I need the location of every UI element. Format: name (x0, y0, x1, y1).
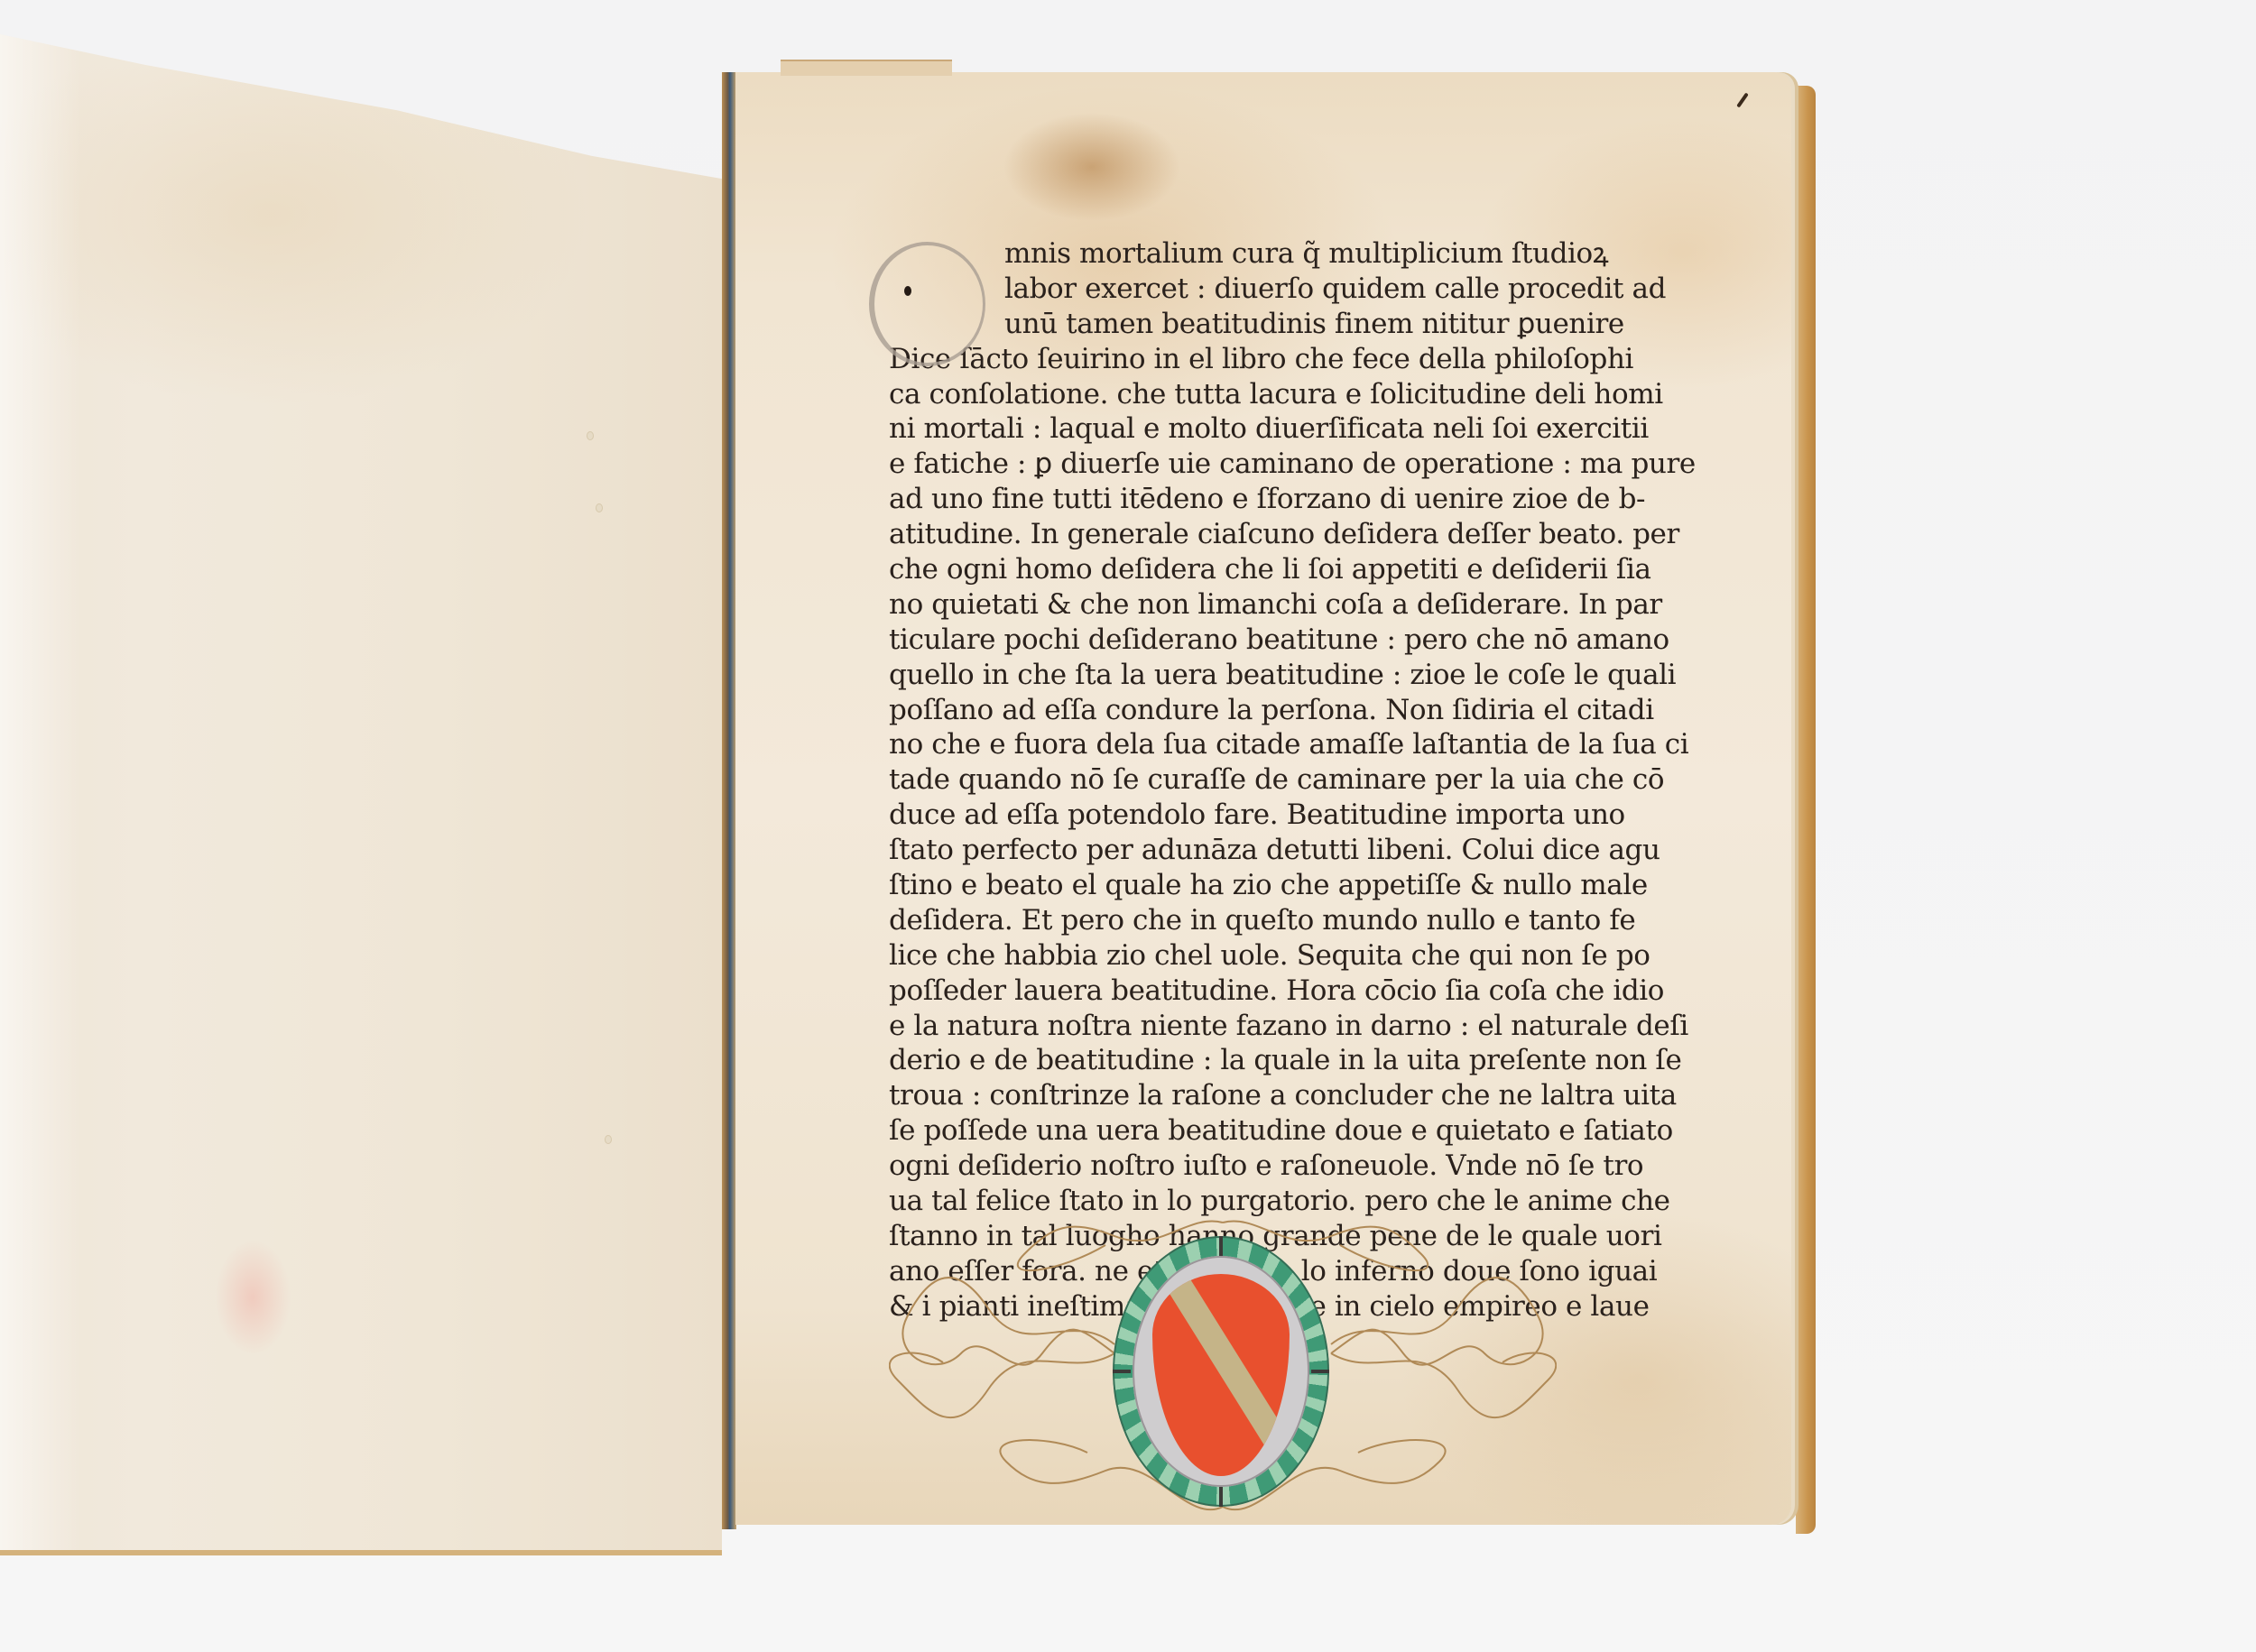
text-line: ad uno fine tutti itēdeno e ſforzano di … (889, 482, 1539, 517)
coat-of-arms-decoration (889, 1218, 1557, 1525)
text-line: che ogni homo deſidera che li ſoi appeti… (889, 552, 1539, 587)
text-line: ni mortali : laqual e molto diuerſificat… (889, 411, 1539, 447)
text-line: quello in che ſta la uera beatitudine : … (889, 658, 1539, 693)
text-line: duce ad eſſa potendolo fare. Beatitudine… (889, 798, 1539, 833)
text-line: labor exercet : diuerſo quidem calle pro… (889, 272, 1539, 307)
text-line: deſidera. Et pero che in queſto mundo nu… (889, 903, 1539, 938)
text-line: poſſeder lauera beatitudine. Hora cōcio … (889, 974, 1539, 1009)
text-line: derio e de beatitudine : la quale in la … (889, 1043, 1539, 1078)
text-line: e fatiche : ꝑ diuerſe uie caminano de op… (889, 447, 1539, 482)
ink-dot (904, 286, 911, 296)
text-line: ogni deſiderio noſtro iuſto e raſoneuole… (889, 1149, 1539, 1184)
text-line: Dice ſācto ſeuirino in el libro che fece… (889, 342, 1539, 377)
left-blank-page (0, 34, 722, 1555)
initial-letter-o-guide (869, 242, 985, 366)
text-line: e la natura noſtra niente fazano in darn… (889, 1009, 1539, 1044)
page-top-tab (781, 60, 952, 76)
text-line: tade quando nō ſe curaſſe de caminare pe… (889, 762, 1539, 798)
heraldic-bend (1166, 1274, 1290, 1471)
text-line: ca conſolatione. che tutta lacura e ſoli… (889, 377, 1539, 412)
text-line: ſtato perfecto per adunāza detutti liben… (889, 833, 1539, 868)
text-line: no che e fuora dela ſua citade amaſſe la… (889, 727, 1539, 762)
page-edge-blur (0, 34, 81, 1550)
text-line: poſſano ad eſſa condure la perſona. Non … (889, 693, 1539, 728)
wreath-tie (1219, 1236, 1223, 1256)
text-line: mnis mortalium cura q̃ multiplicium ſtud… (889, 236, 1539, 272)
worm-hole (587, 431, 594, 440)
book-cover-edge (1796, 86, 1816, 1534)
text-line: ſtino e beato el quale ha zio che appeti… (889, 868, 1539, 903)
photo-background: mnis mortalium cura q̃ multiplicium ſtud… (0, 0, 2256, 1652)
text-line: unū tamen beatitudinis finem nititur ꝑue… (889, 307, 1539, 342)
text-line: no quietati & che non limanchi coſa a de… (889, 587, 1539, 623)
wreath-tie (1219, 1487, 1223, 1507)
worm-hole (596, 503, 603, 512)
wreath-tie (1311, 1370, 1329, 1373)
worm-hole (605, 1135, 612, 1144)
text-line: atitudine. In generale ciaſcuno deſidera… (889, 517, 1539, 552)
printed-text-block: mnis mortalium cura q̃ multiplicium ſtud… (889, 236, 1539, 1324)
wreath-tie (1113, 1370, 1131, 1373)
text-line: troua : conſtrinze la raſone a concluder… (889, 1078, 1539, 1113)
book-gutter-binding (722, 72, 736, 1529)
text-line: lice che habbia zio chel uole. Sequita c… (889, 938, 1539, 974)
text-line: ſe poſſede una uera beatitudine doue e q… (889, 1113, 1539, 1149)
text-line: ticulare pochi deſiderano beatitune : pe… (889, 623, 1539, 658)
text-line: ua tal felice ſtato in lo purgatorio. pe… (889, 1184, 1539, 1219)
